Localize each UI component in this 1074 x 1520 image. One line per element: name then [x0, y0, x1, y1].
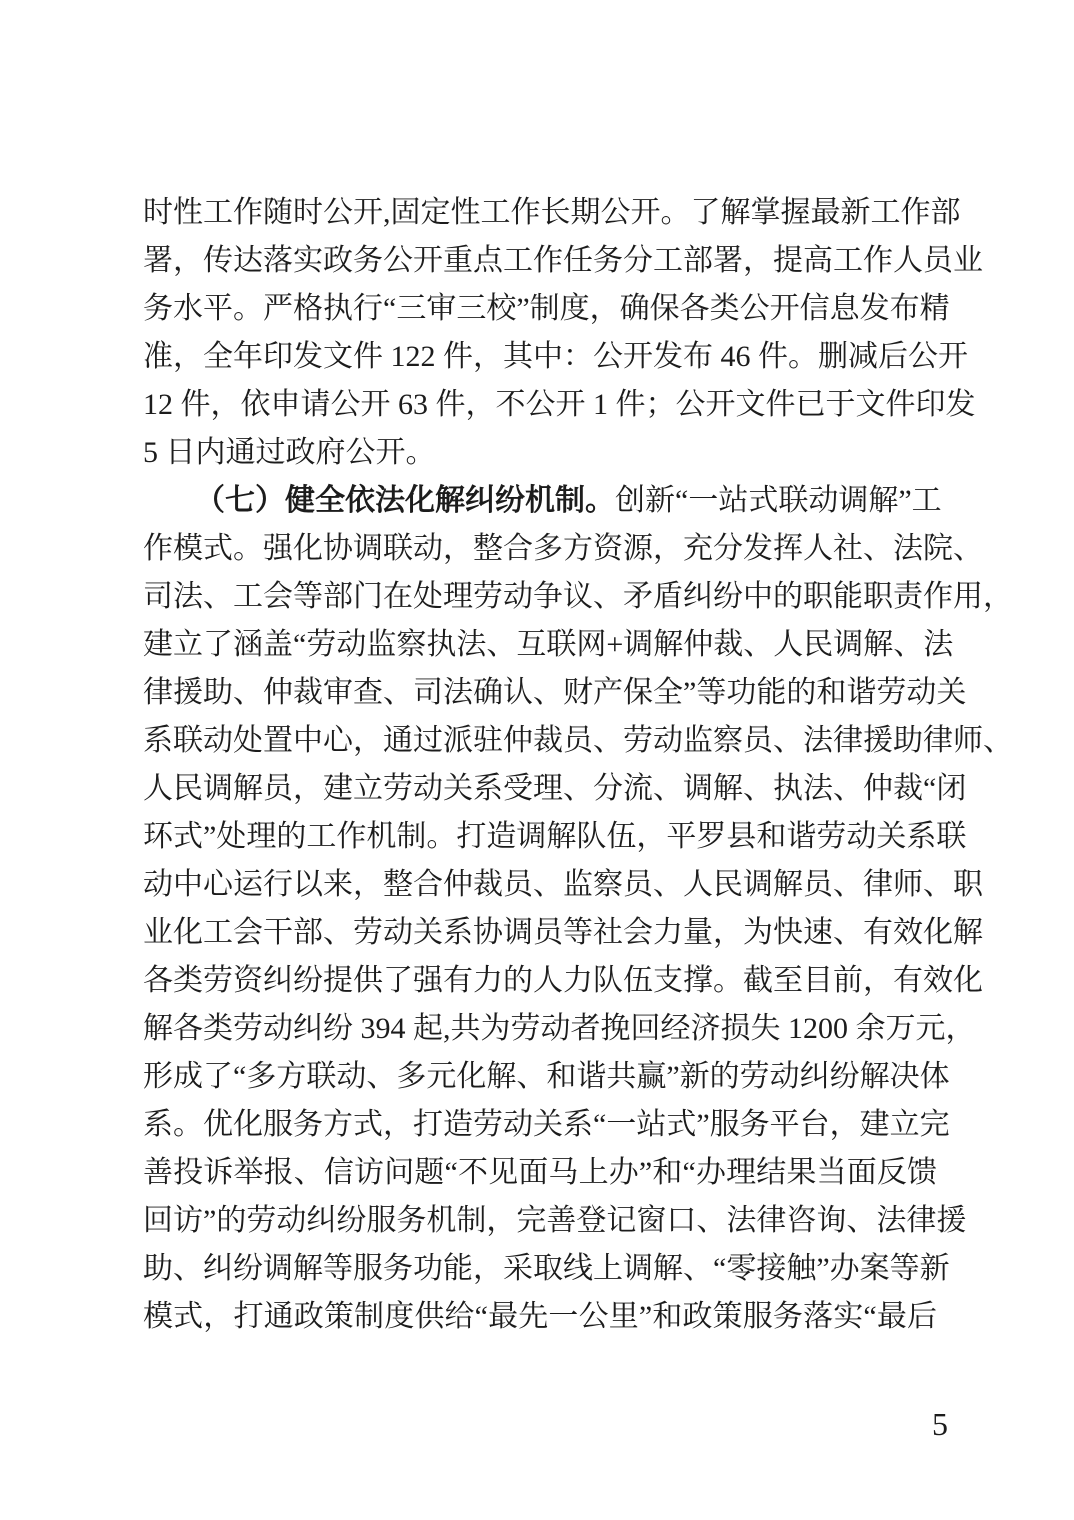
body-text: 建立了涵盖“劳动监察执法、互联网+调解仲裁、人民调解、法 — [143, 628, 953, 661]
text-line: 业化工会干部、劳动关系协调员等社会力量，为快速、有效化解 — [143, 909, 937, 957]
body-text: 律援助、仲裁审查、司法确认、财产保全”等功能的和谐劳动关 — [143, 676, 966, 709]
text-line: 5 日内通过政府公开。 — [143, 429, 937, 477]
body-text: 12 件，依申请公开 63 件，不公开 1 件；公开文件已于文件印发 — [143, 388, 976, 421]
text-line: （七）健全依法化解纠纷机制。创新“一站式联动调解”工 — [143, 477, 937, 525]
text-line: 准，全年印发文件 122 件，其中：公开发布 46 件。删减后公开 — [143, 333, 937, 381]
body-text: 作模式。强化协调联动，整合多方资源，充分发挥人社、法院、 — [143, 532, 983, 565]
body-text: 模式，打通政策制度供给“最先一公里”和政策服务落实“最后 — [143, 1300, 937, 1333]
body-text: 助、纠纷调解等服务功能，采取线上调解、“零接触”办案等新 — [143, 1252, 950, 1285]
body-text: 务水平。严格执行“三审三校”制度，确保各类公开信息发布精 — [143, 292, 950, 325]
text-line: 律援助、仲裁审查、司法确认、财产保全”等功能的和谐劳动关 — [143, 669, 937, 717]
body-text: 环式”处理的工作机制。打造调解队伍，平罗县和谐劳动关系联 — [143, 820, 966, 853]
text-line: 环式”处理的工作机制。打造调解队伍，平罗县和谐劳动关系联 — [143, 813, 937, 861]
body-text: 回访”的劳动纠纷服务机制，完善登记窗口、法律咨询、法律援 — [143, 1204, 966, 1237]
body-text: 解各类劳动纠纷 394 起,共为劳动者挽回经济损失 1200 余万元， — [143, 1012, 976, 1045]
body-text: 时性工作随时公开,固定性工作长期公开。了解掌握最新工作部 — [143, 196, 961, 229]
page-number: 5 — [916, 1400, 964, 1448]
text-line: 各类劳资纠纷提供了强有力的人力队伍支撑。截至目前，有效化 — [143, 957, 937, 1005]
text-line: 善投诉举报、信访问题“不见面马上办”和“办理结果当面反馈 — [143, 1149, 937, 1197]
body-text: 创新“一站式联动调解”工 — [615, 484, 942, 517]
body-text: 系。优化服务方式，打造劳动关系“一站式”服务平台，建立完 — [143, 1108, 950, 1141]
text-line: 助、纠纷调解等服务功能，采取线上调解、“零接触”办案等新 — [143, 1245, 937, 1293]
body-text: 各类劳资纠纷提供了强有力的人力队伍支撑。截至目前，有效化 — [143, 964, 983, 997]
text-line: 解各类劳动纠纷 394 起,共为劳动者挽回经济损失 1200 余万元， — [143, 1005, 937, 1053]
text-line: 建立了涵盖“劳动监察执法、互联网+调解仲裁、人民调解、法 — [143, 621, 937, 669]
body-text: 准，全年印发文件 122 件，其中：公开发布 46 件。删减后公开 — [143, 340, 968, 373]
text-line: 务水平。严格执行“三审三校”制度，确保各类公开信息发布精 — [143, 285, 937, 333]
text-line: 回访”的劳动纠纷服务机制，完善登记窗口、法律咨询、法律援 — [143, 1197, 937, 1245]
text-line: 人民调解员，建立劳动关系受理、分流、调解、执法、仲裁“闭 — [143, 765, 937, 813]
body-text: 司法、工会等部门在处理劳动争议、矛盾纠纷中的职能职责作用， — [143, 580, 1013, 613]
section-heading-text: （七）健全依法化解纠纷机制。 — [195, 484, 615, 517]
body-text: 5 日内通过政府公开。 — [143, 436, 436, 469]
body-text: 业化工会干部、劳动关系协调员等社会力量，为快速、有效化解 — [143, 916, 983, 949]
text-line: 司法、工会等部门在处理劳动争议、矛盾纠纷中的职能职责作用， — [143, 573, 937, 621]
text-line: 系。优化服务方式，打造劳动关系“一站式”服务平台，建立完 — [143, 1101, 937, 1149]
body-text: 形成了“多方联动、多元化解、和谐共赢”新的劳动纠纷解决体 — [143, 1060, 950, 1093]
text-line: 署，传达落实政务公开重点工作任务分工部署，提高工作人员业 — [143, 237, 937, 285]
text-line: 12 件，依申请公开 63 件，不公开 1 件；公开文件已于文件印发 — [143, 381, 937, 429]
text-line: 系联动处置中心，通过派驻仲裁员、劳动监察员、法律援助律师、 — [143, 717, 937, 765]
body-text: 动中心运行以来，整合仲裁员、监察员、人民调解员、律师、职 — [143, 868, 983, 901]
body-text: 人民调解员，建立劳动关系受理、分流、调解、执法、仲裁“闭 — [143, 772, 966, 805]
body-text: 善投诉举报、信访问题“不见面马上办”和“办理结果当面反馈 — [143, 1156, 937, 1189]
text-line: 形成了“多方联动、多元化解、和谐共赢”新的劳动纠纷解决体 — [143, 1053, 937, 1101]
document-page: 时性工作随时公开,固定性工作长期公开。了解掌握最新工作部署，传达落实政务公开重点… — [0, 0, 1074, 1520]
text-line: 时性工作随时公开,固定性工作长期公开。了解掌握最新工作部 — [143, 189, 937, 237]
body-text: 系联动处置中心，通过派驻仲裁员、劳动监察员、法律援助律师、 — [143, 724, 1013, 757]
text-line: 动中心运行以来，整合仲裁员、监察员、人民调解员、律师、职 — [143, 861, 937, 909]
body-text: 署，传达落实政务公开重点工作任务分工部署，提高工作人员业 — [143, 244, 983, 277]
text-line: 作模式。强化协调联动，整合多方资源，充分发挥人社、法院、 — [143, 525, 937, 573]
text-line: 模式，打通政策制度供给“最先一公里”和政策服务落实“最后 — [143, 1293, 937, 1341]
text-lines: 时性工作随时公开,固定性工作长期公开。了解掌握最新工作部署，传达落实政务公开重点… — [143, 189, 937, 1341]
